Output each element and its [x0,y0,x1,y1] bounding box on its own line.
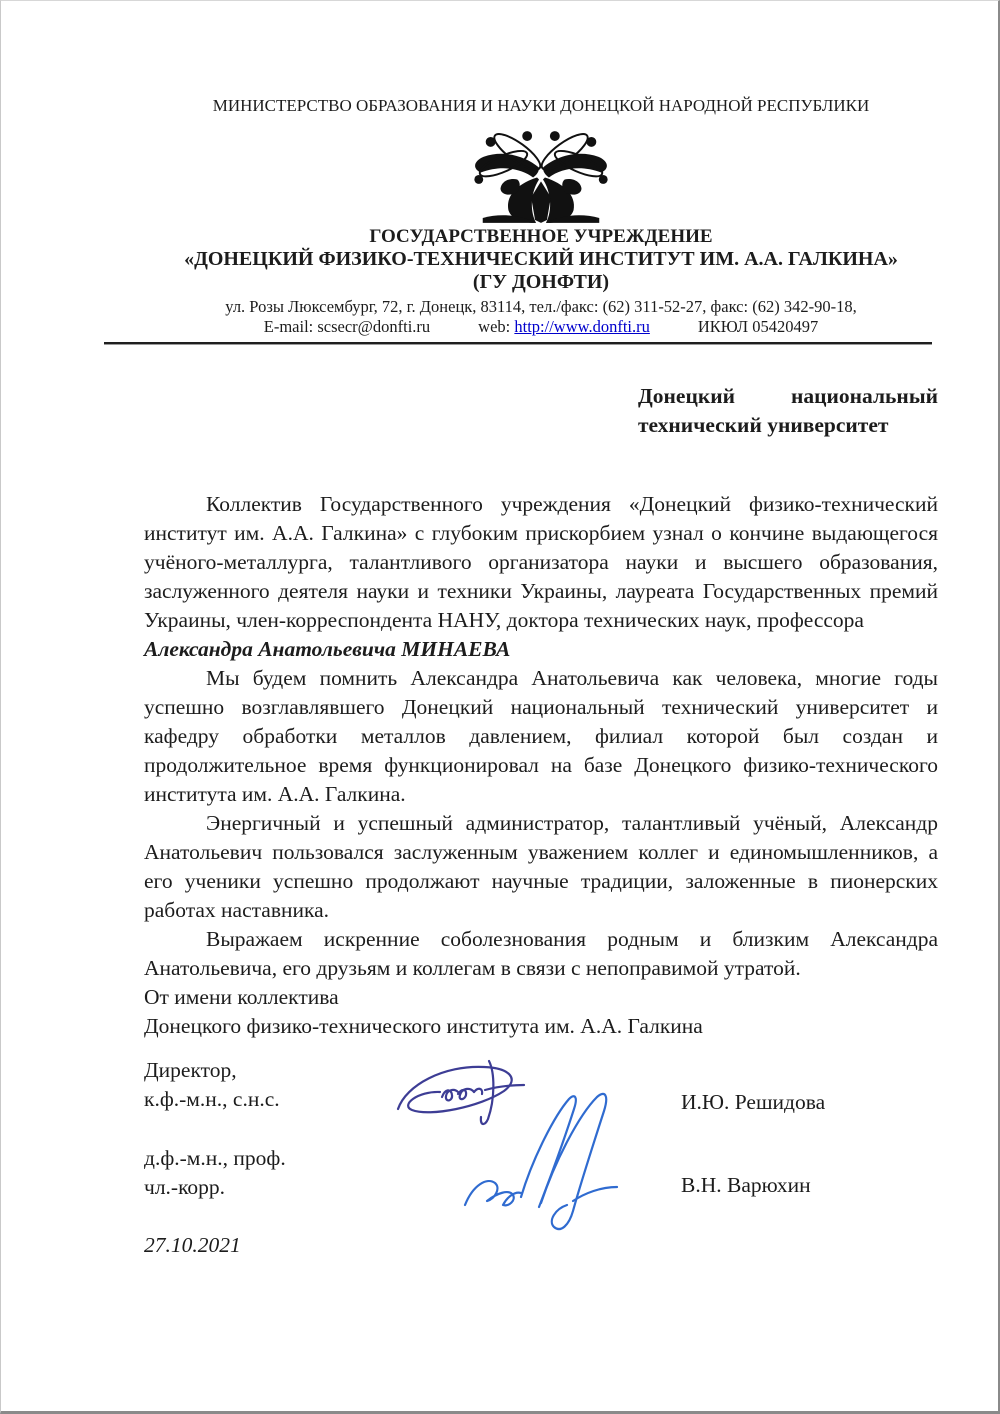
signature2-handwritten-icon [457,1085,652,1235]
address-line: ул. Розы Люксембург, 72, г. Донецк, 8311… [144,297,938,317]
signatory1-name: И.Ю. Решидова [681,1089,825,1115]
web-label: web: [478,317,514,336]
organization-block: ГОСУДАРСТВЕННОЕ УЧРЕЖДЕНИЕ «ДОНЕЦКИЙ ФИЗ… [144,225,938,294]
letter-date: 27.10.2021 [144,1232,241,1258]
signatory1-title-line2: к.ф.-м.н., с.н.с. [144,1086,280,1112]
registration-number: ИКЮЛ 05420497 [698,317,818,336]
paragraph-1: Коллектив Государственного учреждения «Д… [144,490,938,635]
signatory2-title-line2: чл.-корр. [144,1174,225,1200]
signatory2-title-line1: д.ф.-м.н., проф. [144,1145,286,1171]
ministry-header: МИНИСТЕРСТВО ОБРАЗОВАНИЯ И НАУКИ ДОНЕЦКО… [144,1,938,116]
email-text: E-mail: scsecr@donfti.ru [264,317,430,336]
deceased-name-heading: Александра Анатольевича МИНАЕВА [144,635,938,664]
signatory1-title-line1: Директор, [144,1057,237,1083]
logo-container [144,128,938,223]
contact-line: E-mail: scsecr@donfti.ruweb: http://www.… [144,317,938,337]
paragraph-4: Выражаем искренние соболезнования родным… [144,925,938,983]
letter-page: МИНИСТЕРСТВО ОБРАЗОВАНИЯ И НАУКИ ДОНЕЦКО… [0,0,1000,1414]
org-name: «ДОНЕЦКИЙ ФИЗИКО-ТЕХНИЧЕСКИЙ ИНСТИТУТ ИМ… [144,248,938,271]
recipient-block: Донецкий национальный технический универ… [638,382,938,440]
paragraph-2: Мы будем помнить Александра Анатольевича… [144,664,938,809]
paragraph-3: Энергичный и успешный администратор, тал… [144,809,938,925]
org-type: ГОСУДАРСТВЕННОЕ УЧРЕЖДЕНИЕ [144,225,938,248]
signatory2-name: В.Н. Варюхин [681,1172,811,1198]
org-short-name: (ГУ ДОНФТИ) [144,271,938,294]
letter-body: Коллектив Государственного учреждения «Д… [144,490,938,1041]
website-link[interactable]: http://www.donfti.ru [514,317,650,336]
institute-emblem-icon [462,128,620,223]
letterhead-divider [104,342,932,345]
institute-line: Донецкого физико-технического института … [144,1012,938,1041]
signature-section: Директор, к.ф.-м.н., с.н.с. И.Ю. Решидов… [144,1041,938,1291]
on-behalf-line: От имени коллектива [144,983,938,1012]
